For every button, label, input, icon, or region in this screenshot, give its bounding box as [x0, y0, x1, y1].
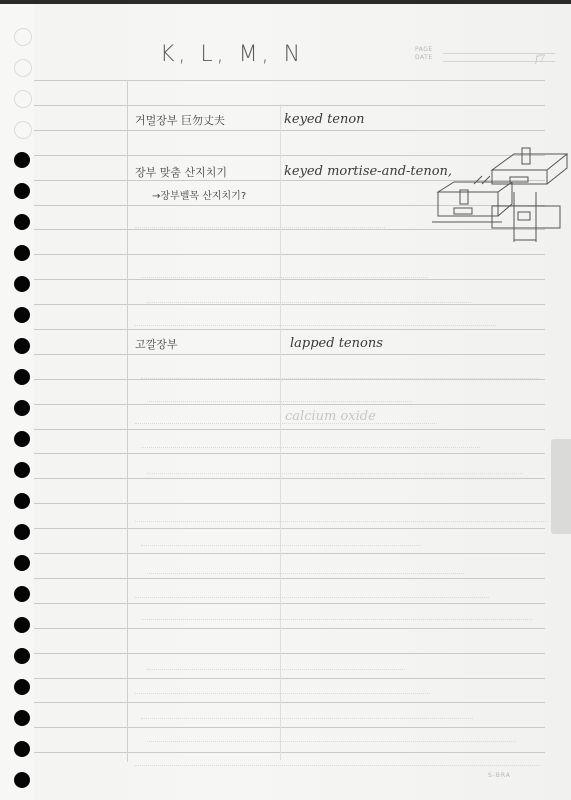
binding-hole — [14, 462, 30, 478]
binding-hole — [14, 183, 30, 199]
faint-stroke — [147, 297, 471, 303]
ruled-line — [34, 404, 545, 405]
faint-stroke — [135, 592, 489, 598]
ruled-line — [34, 453, 545, 454]
entry-korean-note: →장부벨목 산지치기? — [152, 187, 246, 202]
binding-hole — [14, 90, 32, 108]
faint-stroke — [147, 568, 464, 574]
ruled-line — [34, 429, 545, 430]
ruled-line — [34, 130, 545, 131]
ruled-line — [34, 752, 545, 753]
margin-line — [127, 80, 128, 762]
faint-stroke — [147, 736, 516, 742]
binding-hole — [14, 28, 32, 46]
binding-hole — [14, 524, 30, 540]
binding-hole — [14, 59, 32, 77]
ruled-line — [34, 628, 545, 629]
ruled-line — [34, 503, 545, 504]
faint-stroke — [135, 222, 385, 228]
ruled-line — [34, 279, 545, 280]
column-divider — [280, 104, 281, 760]
binding-hole — [14, 152, 30, 168]
binding-hole — [14, 338, 30, 354]
faint-stroke — [141, 373, 539, 379]
faint-stroke — [147, 664, 405, 670]
ruled-line — [34, 478, 545, 479]
binding-hole — [14, 400, 30, 416]
ruled-line — [34, 678, 545, 679]
faint-stroke — [135, 688, 430, 694]
footer-code: S-BRA — [488, 772, 511, 779]
entry-korean: 거멀장부 巨勿丈夫 — [135, 112, 225, 128]
ruled-line — [34, 578, 545, 579]
ruled-line — [34, 653, 545, 654]
binding-hole — [14, 617, 30, 633]
ruled-line — [34, 553, 545, 554]
binding-hole — [14, 493, 30, 509]
binding-hole — [14, 679, 30, 695]
ruled-line — [34, 304, 545, 305]
entry-english: keyed tenon — [284, 112, 365, 127]
binding-hole — [14, 648, 30, 664]
ruled-line — [34, 702, 545, 703]
binding-hole — [14, 245, 30, 261]
ruled-line — [34, 354, 545, 355]
faint-stroke — [135, 760, 541, 766]
binding-hole — [14, 710, 30, 726]
ruled-line — [34, 80, 545, 81]
faint-stroke — [141, 713, 473, 719]
page-shadow — [551, 439, 571, 534]
ruled-line — [34, 329, 545, 330]
ruled-line — [34, 727, 545, 728]
notebook-page: K, L, M, N PAGE DATE f7 거멀장부 巨勿丈夫 keyed … — [0, 4, 571, 800]
faint-stroke — [135, 320, 496, 326]
joinery-sketch-icon — [432, 142, 570, 242]
page-number: f7 — [535, 54, 545, 65]
ruled-line — [34, 603, 545, 604]
page-date-box: PAGE DATE f7 — [415, 46, 555, 62]
binding-hole — [14, 276, 30, 292]
binding-hole — [14, 121, 32, 139]
faint-stroke — [147, 468, 523, 474]
faint-stroke — [141, 614, 532, 620]
entry-english: lapped tenons — [290, 336, 383, 351]
ruled-line — [34, 254, 545, 255]
ruled-line — [34, 105, 545, 106]
ruled-line — [34, 528, 545, 529]
entry-korean: 고깔장부 — [135, 336, 178, 352]
binding-hole — [14, 307, 30, 323]
entry-korean: 장부 맞춤 산지치기 — [135, 164, 227, 180]
binding-hole — [14, 586, 30, 602]
binding-hole — [14, 369, 30, 385]
binding-hole — [14, 431, 30, 447]
ruled-line — [34, 379, 545, 380]
faint-stroke — [135, 516, 548, 522]
binding-hole — [14, 555, 30, 571]
faint-stroke — [135, 418, 437, 424]
binding-hole — [14, 741, 30, 757]
faint-stroke — [141, 540, 421, 546]
page-title: K, L, M, N — [160, 42, 304, 67]
binding-hole — [14, 214, 30, 230]
faint-stroke — [141, 442, 480, 448]
faint-stroke — [147, 396, 412, 402]
entry-english: keyed mortise-and-tenon, — [284, 164, 452, 179]
faint-stroke — [141, 272, 428, 278]
binding-hole — [14, 772, 30, 788]
